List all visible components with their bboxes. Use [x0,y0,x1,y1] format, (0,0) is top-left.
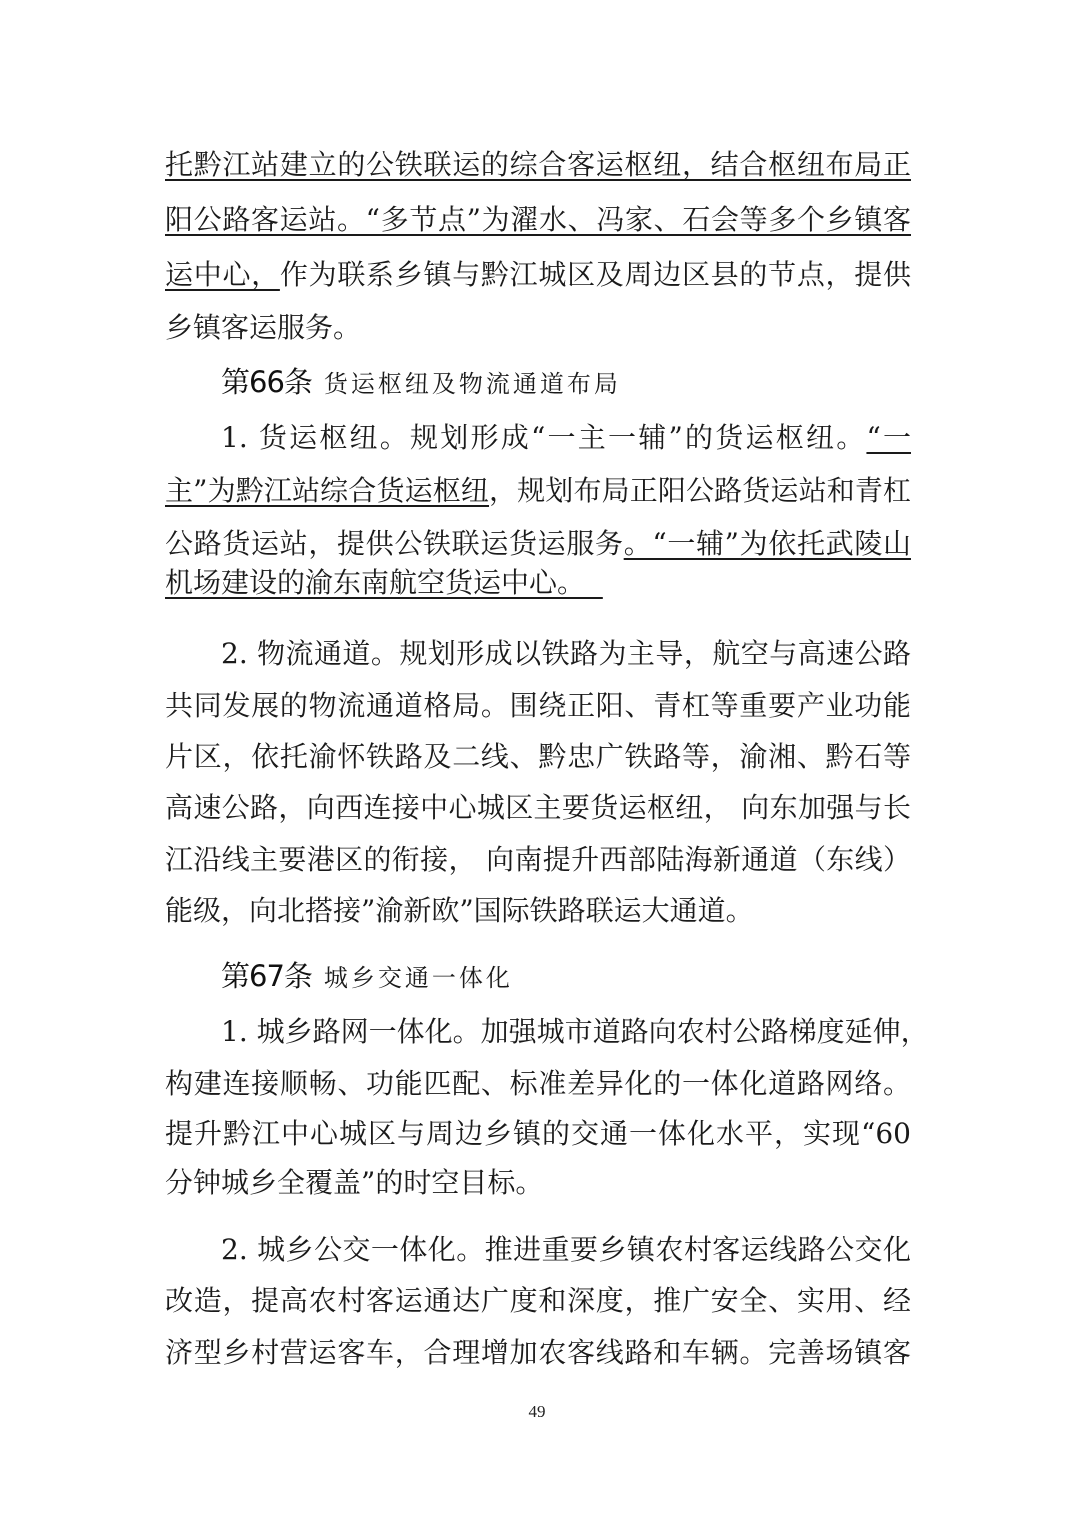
plain-text: 提升黔江中心城区与周边乡镇的交通一体化水平，实现“60 [165,1117,911,1150]
article-heading: 第67条城乡交通一体化 [221,956,513,996]
text-line: 2. 城乡公交一体化。推进重要乡镇农村客运线路公交化 [165,1230,911,1270]
text-line: 主”为黔江站综合货运枢纽，规划布局正阳公路货运站和青杠 [165,471,911,511]
text-line: 能级，向北搭接”渝新欧”国际铁路联运大通道。 [165,891,911,931]
plain-text: 1. 货运枢纽。规划形成“一主一辅”的货运枢纽。 [221,421,866,454]
article-title: 城乡交通一体化 [324,964,513,992]
article-number: 第66条 [221,365,312,399]
text-line: 乡镇客运服务。 [165,308,911,348]
text-line: 江沿线主要港区的衔接， 向南提升西部陆海新通道（东线） [165,840,911,880]
plain-text: 改造，提高农村客运通达广度和深度，推广安全、实用、经 [165,1284,911,1317]
article-number: 第67条 [221,959,312,993]
plain-text: 济型乡村营运客车，合理增加农客线路和车辆。完善场镇客 [165,1336,911,1369]
underlined-text: 阳公路客运站。“多节点”为濯水、冯家、石会等多个乡镇客 [165,203,911,236]
underlined-text: 托黔江站建立的公铁联运的综合客运枢纽，结合枢纽布局正 [165,148,911,181]
article-title: 货运枢纽及物流通道布局 [324,370,621,398]
text-line: 济型乡村营运客车，合理增加农客线路和车辆。完善场镇客 [165,1333,911,1373]
plain-text: 共同发展的物流通道格局。围绕正阳、青杠等重要产业功能 [165,689,911,722]
plain-text: 公路货运站，提供公铁联运货运服务 [165,527,624,560]
text-line: 阳公路客运站。“多节点”为濯水、冯家、石会等多个乡镇客 [165,200,911,240]
text-line: 构建连接顺畅、功能匹配、标准差异化的一体化道路网络。 [165,1064,911,1104]
plain-text: 作为联系乡镇与黔江城区及周边区县的节点，提供 [280,258,911,291]
plain-text: 1. 城乡路网一体化。加强城市道路向农村公路梯度延伸， [221,1015,929,1048]
text-line: 机场建设的渝东南航空货运中心。 [165,563,911,603]
text-line: 片区，依托渝怀铁路及二线、黔忠广铁路等，渝湘、黔石等 [165,737,911,777]
plain-text: 构建连接顺畅、功能匹配、标准差异化的一体化道路网络。 [165,1067,911,1100]
underlined-text: 运中心， [165,258,280,291]
text-line: 托黔江站建立的公铁联运的综合客运枢纽，结合枢纽布局正 [165,145,911,185]
underlined-text: “一 [866,421,911,454]
page-number: 49 [0,1402,1074,1422]
plain-text: 2. 城乡公交一体化。推进重要乡镇农村客运线路公交化 [221,1233,911,1266]
text-line: 1. 城乡路网一体化。加强城市道路向农村公路梯度延伸， [165,1012,911,1052]
text-line: 共同发展的物流通道格局。围绕正阳、青杠等重要产业功能 [165,686,911,726]
plain-text: 分钟城乡全覆盖”的时空目标。 [165,1166,543,1199]
text-line: 提升黔江中心城区与周边乡镇的交通一体化水平，实现“60 [165,1114,911,1154]
underlined-text: 。“一辅”为依托武陵山 [624,527,911,560]
text-line: 改造，提高农村客运通达广度和深度，推广安全、实用、经 [165,1281,911,1321]
document-page: 托黔江站建立的公铁联运的综合客运枢纽，结合枢纽布局正 阳公路客运站。“多节点”为… [0,0,1074,1520]
text-line: 公路货运站，提供公铁联运货运服务。“一辅”为依托武陵山 [165,524,911,564]
plain-text: ，规划布局正阳公路货运站和青杠 [489,474,911,507]
text-line: 高速公路，向西连接中心城区主要货运枢纽， 向东加强与长 [165,788,911,828]
text-line: 运中心，作为联系乡镇与黔江城区及周边区县的节点，提供 [165,255,911,295]
text-line: 1. 货运枢纽。规划形成“一主一辅”的货运枢纽。“一 [165,418,911,458]
underlined-text: 主”为黔江站综合货运枢纽 [165,474,489,507]
plain-text: 乡镇客运服务。 [165,311,361,344]
plain-text: 能级，向北搭接”渝新欧”国际铁路联运大通道。 [165,894,754,927]
plain-text: 高速公路，向西连接中心城区主要货运枢纽， 向东加强与长 [165,791,911,824]
plain-text: 片区，依托渝怀铁路及二线、黔忠广铁路等，渝湘、黔石等 [165,740,911,773]
article-heading: 第66条货运枢纽及物流通道布局 [221,362,621,402]
plain-text: 江沿线主要港区的衔接， 向南提升西部陆海新通道（东线） [165,843,911,876]
plain-text: 2. 物流通道。规划形成以铁路为主导，航空与高速公路 [221,637,911,670]
text-line: 2. 物流通道。规划形成以铁路为主导，航空与高速公路 [165,634,911,674]
underlined-text: 机场建设的渝东南航空货运中心。 [165,566,603,599]
text-line: 分钟城乡全覆盖”的时空目标。 [165,1163,911,1203]
